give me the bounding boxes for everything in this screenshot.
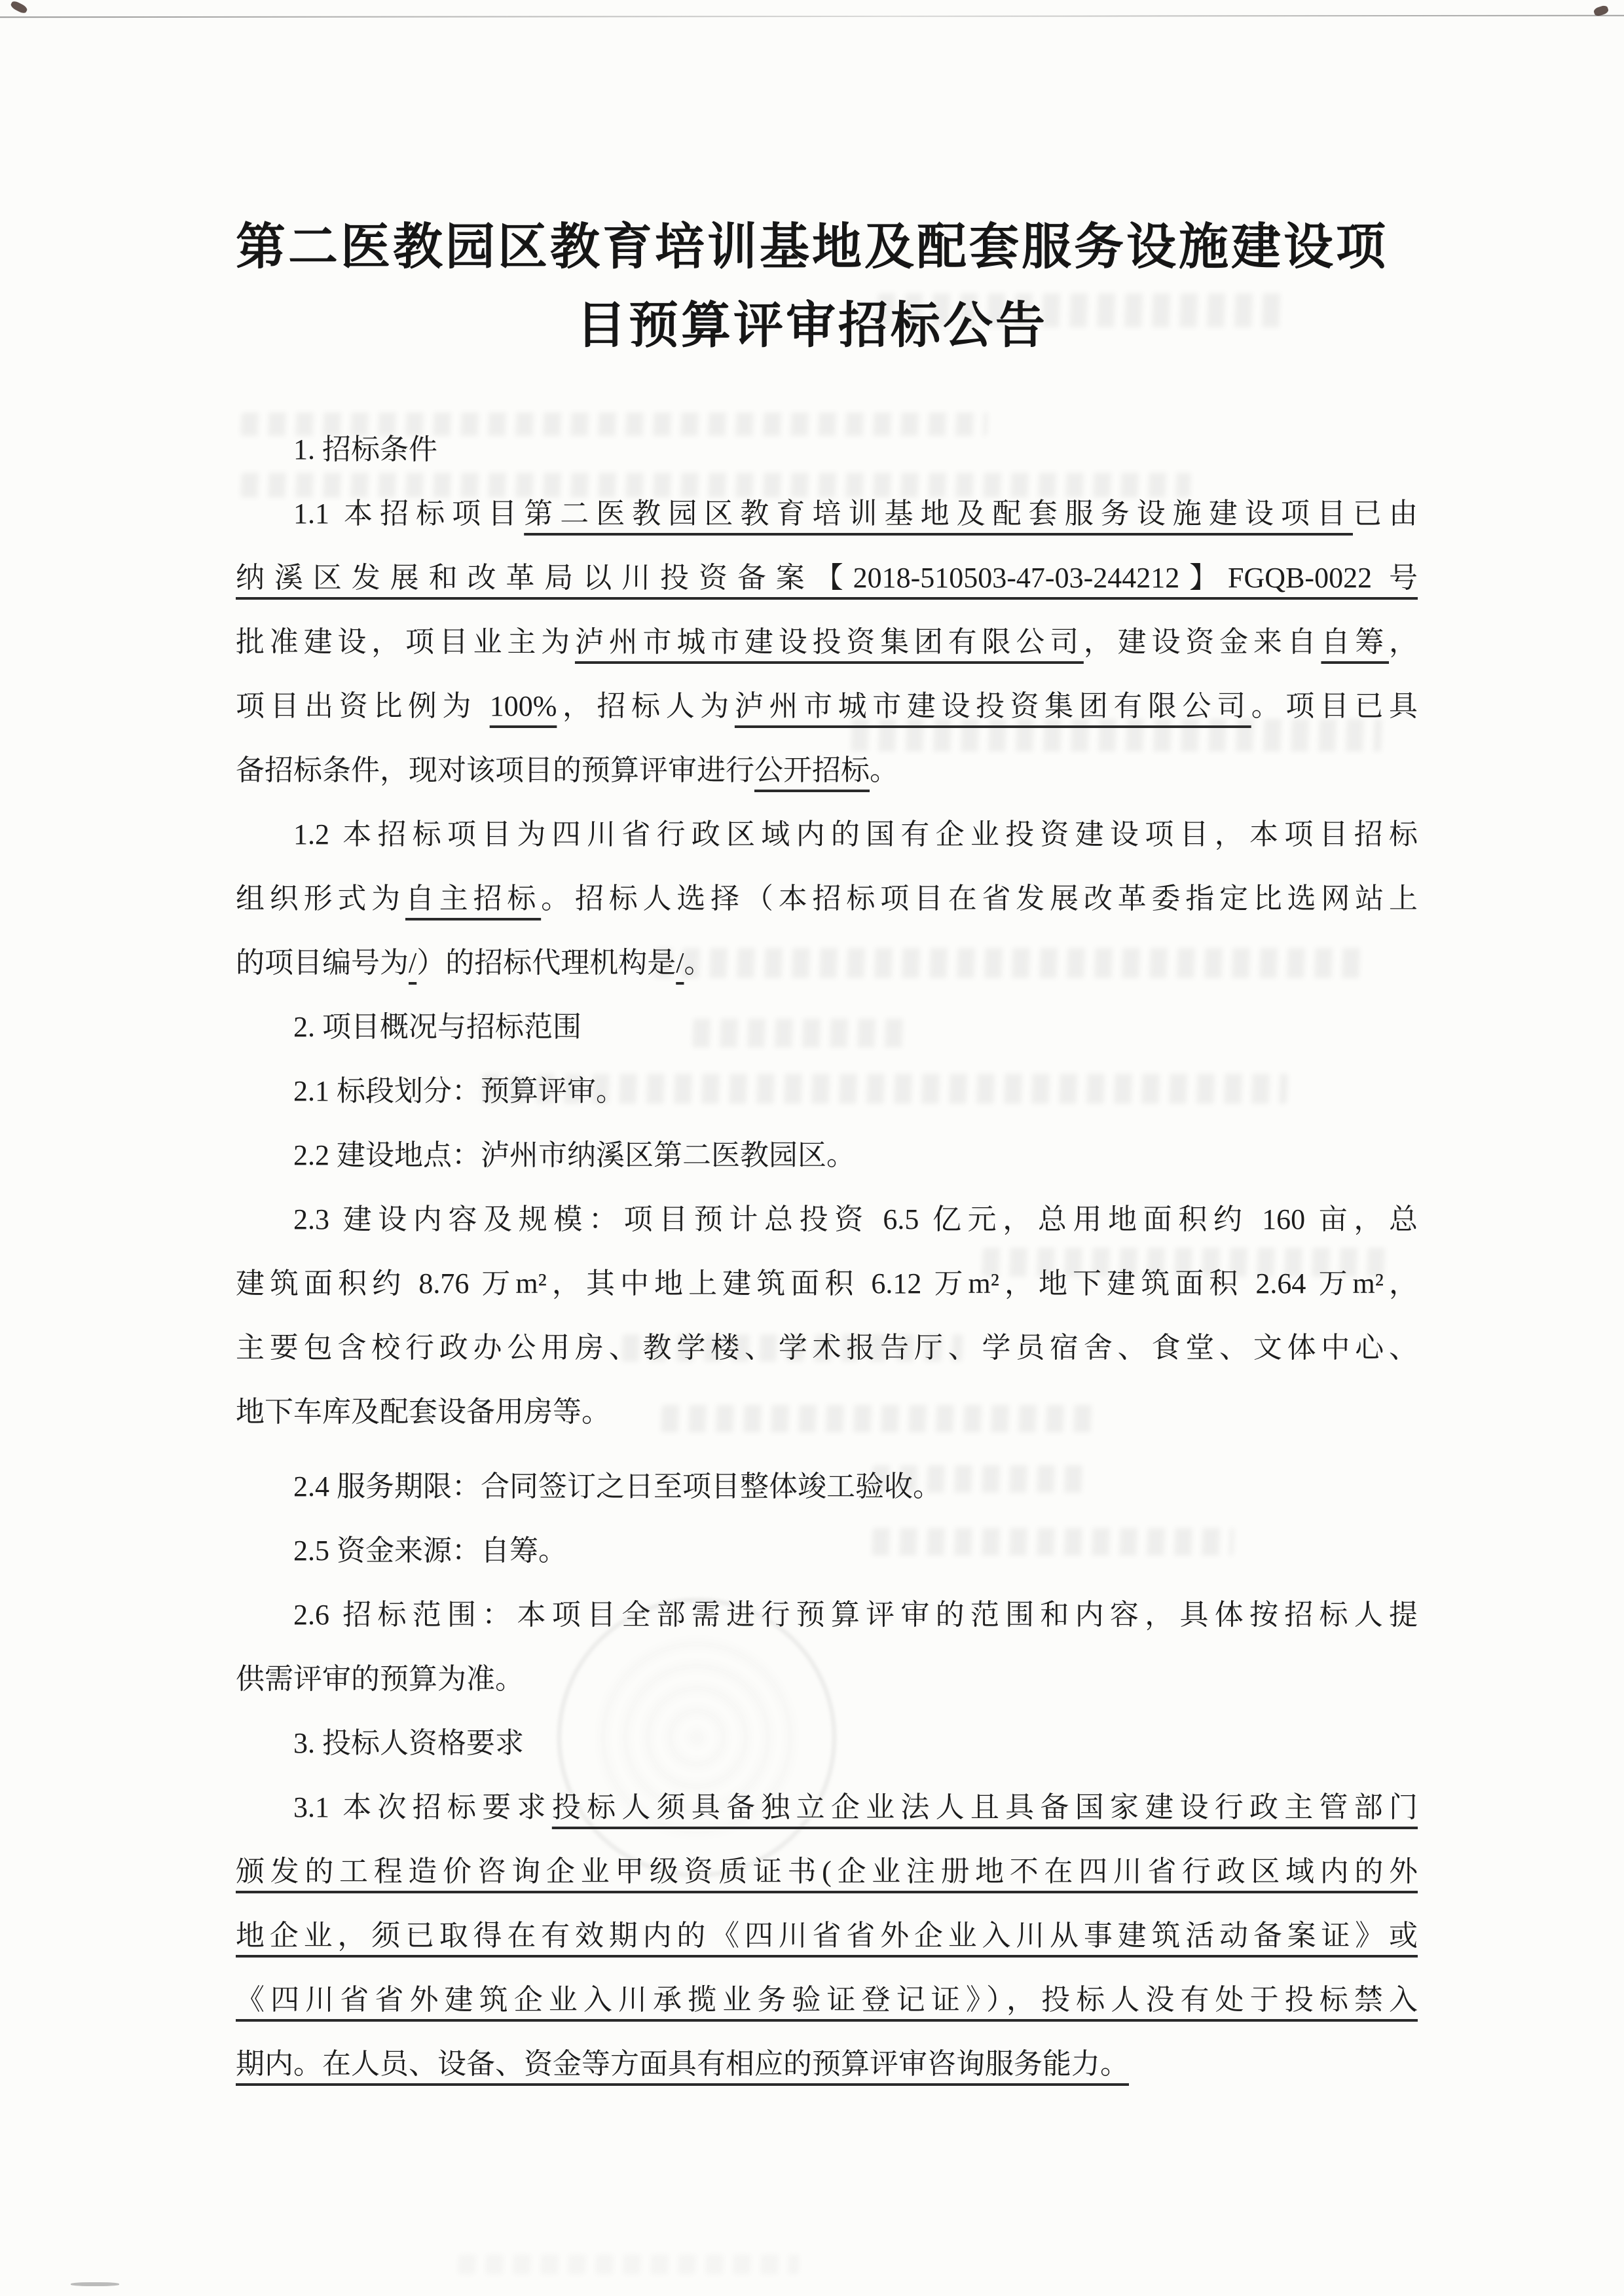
text-segment: 3. 投标人资格要求 — [293, 1727, 524, 1759]
text-segment: 。 — [870, 754, 898, 786]
document-title-line1: 第二医教园区教育培训基地及配套服务设施建设项 — [0, 208, 1624, 287]
underlined-text: 期内。在人员、设备、资金等方面具有相应的预算评审咨询服务能力。 — [236, 2048, 1129, 2080]
text-segment: 。 — [684, 947, 712, 979]
text-segment: 1.2 本招标项目为四川省行政区域内的国有企业投资建设项目，本项目招标 — [293, 818, 1418, 850]
text-segment: 1. 招标条件 — [293, 433, 437, 465]
text-line: 批准建设，项目业主为泸州市城市建设投资集团有限公司，建设资金来自自筹， — [236, 610, 1418, 674]
scan-speck-bottom-left — [71, 2282, 119, 2286]
text-segment: 主要包含校行政办公用房、教学楼、学术报告厅、学员宿舍、食堂、文体中心、 — [236, 1332, 1418, 1364]
text-line: 1. 招标条件 — [236, 418, 1418, 482]
document-title: 第二医教园区教育培训基地及配套服务设施建设项 目预算评审招标公告 — [0, 208, 1624, 365]
text-line: 2.6 招标范围：本项目全部需进行预算评审的范围和内容，具体按招标人提 — [236, 1583, 1418, 1647]
bleed-through-smudge — [458, 2255, 799, 2274]
text-line: 2.1 标段划分：预算评审。 — [236, 1059, 1418, 1123]
text-line: 3. 投标人资格要求 — [236, 1711, 1418, 1776]
text-segment: 2.4 服务期限：合同签订之日至项目整体竣工验收。 — [293, 1470, 942, 1503]
text-line: 项目出资比例为 100%，招标人为泸州市城市建设投资集团有限公司。项目已具 — [236, 674, 1418, 738]
scan-edge-line — [0, 15, 1624, 18]
underlined-text: 100% — [490, 690, 557, 722]
text-segment: 建筑面积约 8.76 万m²，其中地上建筑面积 6.12 万m²，地下建筑面积 … — [236, 1267, 1418, 1300]
text-line: 纳溪区发展和改革局以川投资备案【2018-510503-47-03-244212… — [236, 546, 1418, 610]
text-line: 建筑面积约 8.76 万m²，其中地上建筑面积 6.12 万m²，地下建筑面积 … — [236, 1252, 1418, 1316]
underlined-text: / — [676, 947, 684, 979]
text-line: 地企业，须已取得在有效期内的《四川省省外企业入川从事建筑活动备案证》或 — [236, 1904, 1418, 1968]
text-segment: 3.1 本次招标要求 — [293, 1791, 552, 1823]
text-segment: 批准建设，项目业主为 — [236, 626, 575, 658]
text-line: 地下车库及配套设备用房等。 — [236, 1380, 1418, 1444]
document-body: 1. 招标条件1.1 本招标项目第二医教园区教育培训基地及配套服务设施建设项目已… — [236, 418, 1418, 2096]
text-segment: 2.3 建设内容及规模：项目预计总投资 6.5 亿元，总用地面积约 160 亩，… — [293, 1203, 1418, 1235]
scanned-page: 第二医教园区教育培训基地及配套服务设施建设项 目预算评审招标公告 1. 招标条件… — [0, 0, 1624, 2296]
text-line: 3.1 本次招标要求投标人须具备独立企业法人且具备国家建设行政主管部门 — [236, 1776, 1418, 1840]
text-line: 主要包含校行政办公用房、教学楼、学术报告厅、学员宿舍、食堂、文体中心、 — [236, 1316, 1418, 1380]
text-line: 《四川省省外建筑企业入川承揽业务验证登记证》），投标人没有处于投标禁入 — [236, 1968, 1418, 2032]
underlined-text: 投标人须具备独立企业法人且具备国家建设行政主管部门 — [552, 1791, 1418, 1823]
text-segment: ）的招标代理机构是 — [416, 947, 676, 979]
text-line: 期内。在人员、设备、资金等方面具有相应的预算评审咨询服务能力。 — [236, 2032, 1418, 2096]
text-segment: 的项目编号为 — [236, 947, 409, 979]
text-line: 1.1 本招标项目第二医教园区教育培训基地及配套服务设施建设项目已由 — [236, 482, 1418, 546]
text-line: 备招标条件，现对该项目的预算评审进行公开招标。 — [236, 738, 1418, 803]
underlined-text: 公开招标 — [754, 754, 870, 786]
text-segment: 供需评审的预算为准。 — [236, 1663, 524, 1695]
underlined-text: 泸州市城市建设投资集团有限公司 — [735, 690, 1251, 722]
text-line: 2.4 服务期限：合同签订之日至项目整体竣工验收。 — [236, 1455, 1418, 1519]
underlined-text: 自筹 — [1321, 626, 1389, 658]
underlined-text: 自主招标 — [405, 883, 541, 915]
underlined-text: 泸州市城市建设投资集团有限公司 — [575, 626, 1084, 658]
text-segment: 2.1 标段划分：预算评审。 — [293, 1075, 625, 1107]
text-segment: 1.1 本招标项目 — [293, 498, 524, 530]
underlined-text: 颁发的工程造价咨询企业甲级资质证书(企业注册地不在四川省行政区域内的外 — [236, 1855, 1418, 1887]
text-line: 供需评审的预算为准。 — [236, 1647, 1418, 1711]
text-segment: 。项目已具 — [1251, 690, 1418, 722]
text-segment: 项目出资比例为 — [236, 690, 490, 722]
scan-speck-top-left — [10, 0, 29, 14]
text-segment: 已由 — [1353, 498, 1418, 530]
text-segment: 2.5 资金来源：自筹。 — [293, 1535, 567, 1567]
text-segment: 2.2 建设地点：泸州市纳溪区第二医教园区。 — [293, 1139, 855, 1171]
text-segment: 组织形式为 — [236, 883, 405, 915]
text-line: 组织形式为自主招标。招标人选择（本招标项目在省发展改革委指定比选网站上 — [236, 867, 1418, 931]
text-line: 的项目编号为/）的招标代理机构是/。 — [236, 931, 1418, 995]
text-line: 2.3 建设内容及规模：项目预计总投资 6.5 亿元，总用地面积约 160 亩，… — [236, 1188, 1418, 1252]
underlined-text: 地企业，须已取得在有效期内的《四川省省外企业入川从事建筑活动备案证》或 — [236, 1920, 1418, 1952]
underlined-text: / — [409, 947, 416, 979]
text-segment: 。招标人选择（本招标项目在省发展改革委指定比选网站上 — [541, 883, 1418, 915]
text-line: 1.2 本招标项目为四川省行政区域内的国有企业投资建设项目，本项目招标 — [236, 803, 1418, 867]
underlined-text: 第二医教园区教育培训基地及配套服务设施建设项目 — [524, 498, 1353, 530]
document-title-line2: 目预算评审招标公告 — [0, 287, 1624, 365]
text-line: 2.5 资金来源：自筹。 — [236, 1519, 1418, 1583]
text-segment: 备招标条件，现对该项目的预算评审进行 — [236, 754, 754, 786]
text-segment: 地下车库及配套设备用房等。 — [236, 1396, 610, 1428]
text-line: 2. 项目概况与招标范围 — [236, 995, 1418, 1059]
text-segment: 2. 项目概况与招标范围 — [293, 1011, 581, 1043]
text-segment: ， — [1389, 626, 1418, 658]
text-line: 颁发的工程造价咨询企业甲级资质证书(企业注册地不在四川省行政区域内的外 — [236, 1840, 1418, 1904]
text-segment: 2.6 招标范围：本项目全部需进行预算评审的范围和内容，具体按招标人提 — [293, 1599, 1418, 1631]
text-segment: ，建设资金来自 — [1084, 626, 1321, 658]
underlined-text: 《四川省省外建筑企业入川承揽业务验证登记证》），投标人没有处于投标禁入 — [236, 1984, 1418, 2016]
text-segment: ，招标人为 — [557, 690, 735, 722]
underlined-text: 纳溪区发展和改革局以川投资备案【2018-510503-47-03-244212… — [236, 562, 1418, 594]
text-line: 2.2 建设地点：泸州市纳溪区第二医教园区。 — [236, 1123, 1418, 1188]
